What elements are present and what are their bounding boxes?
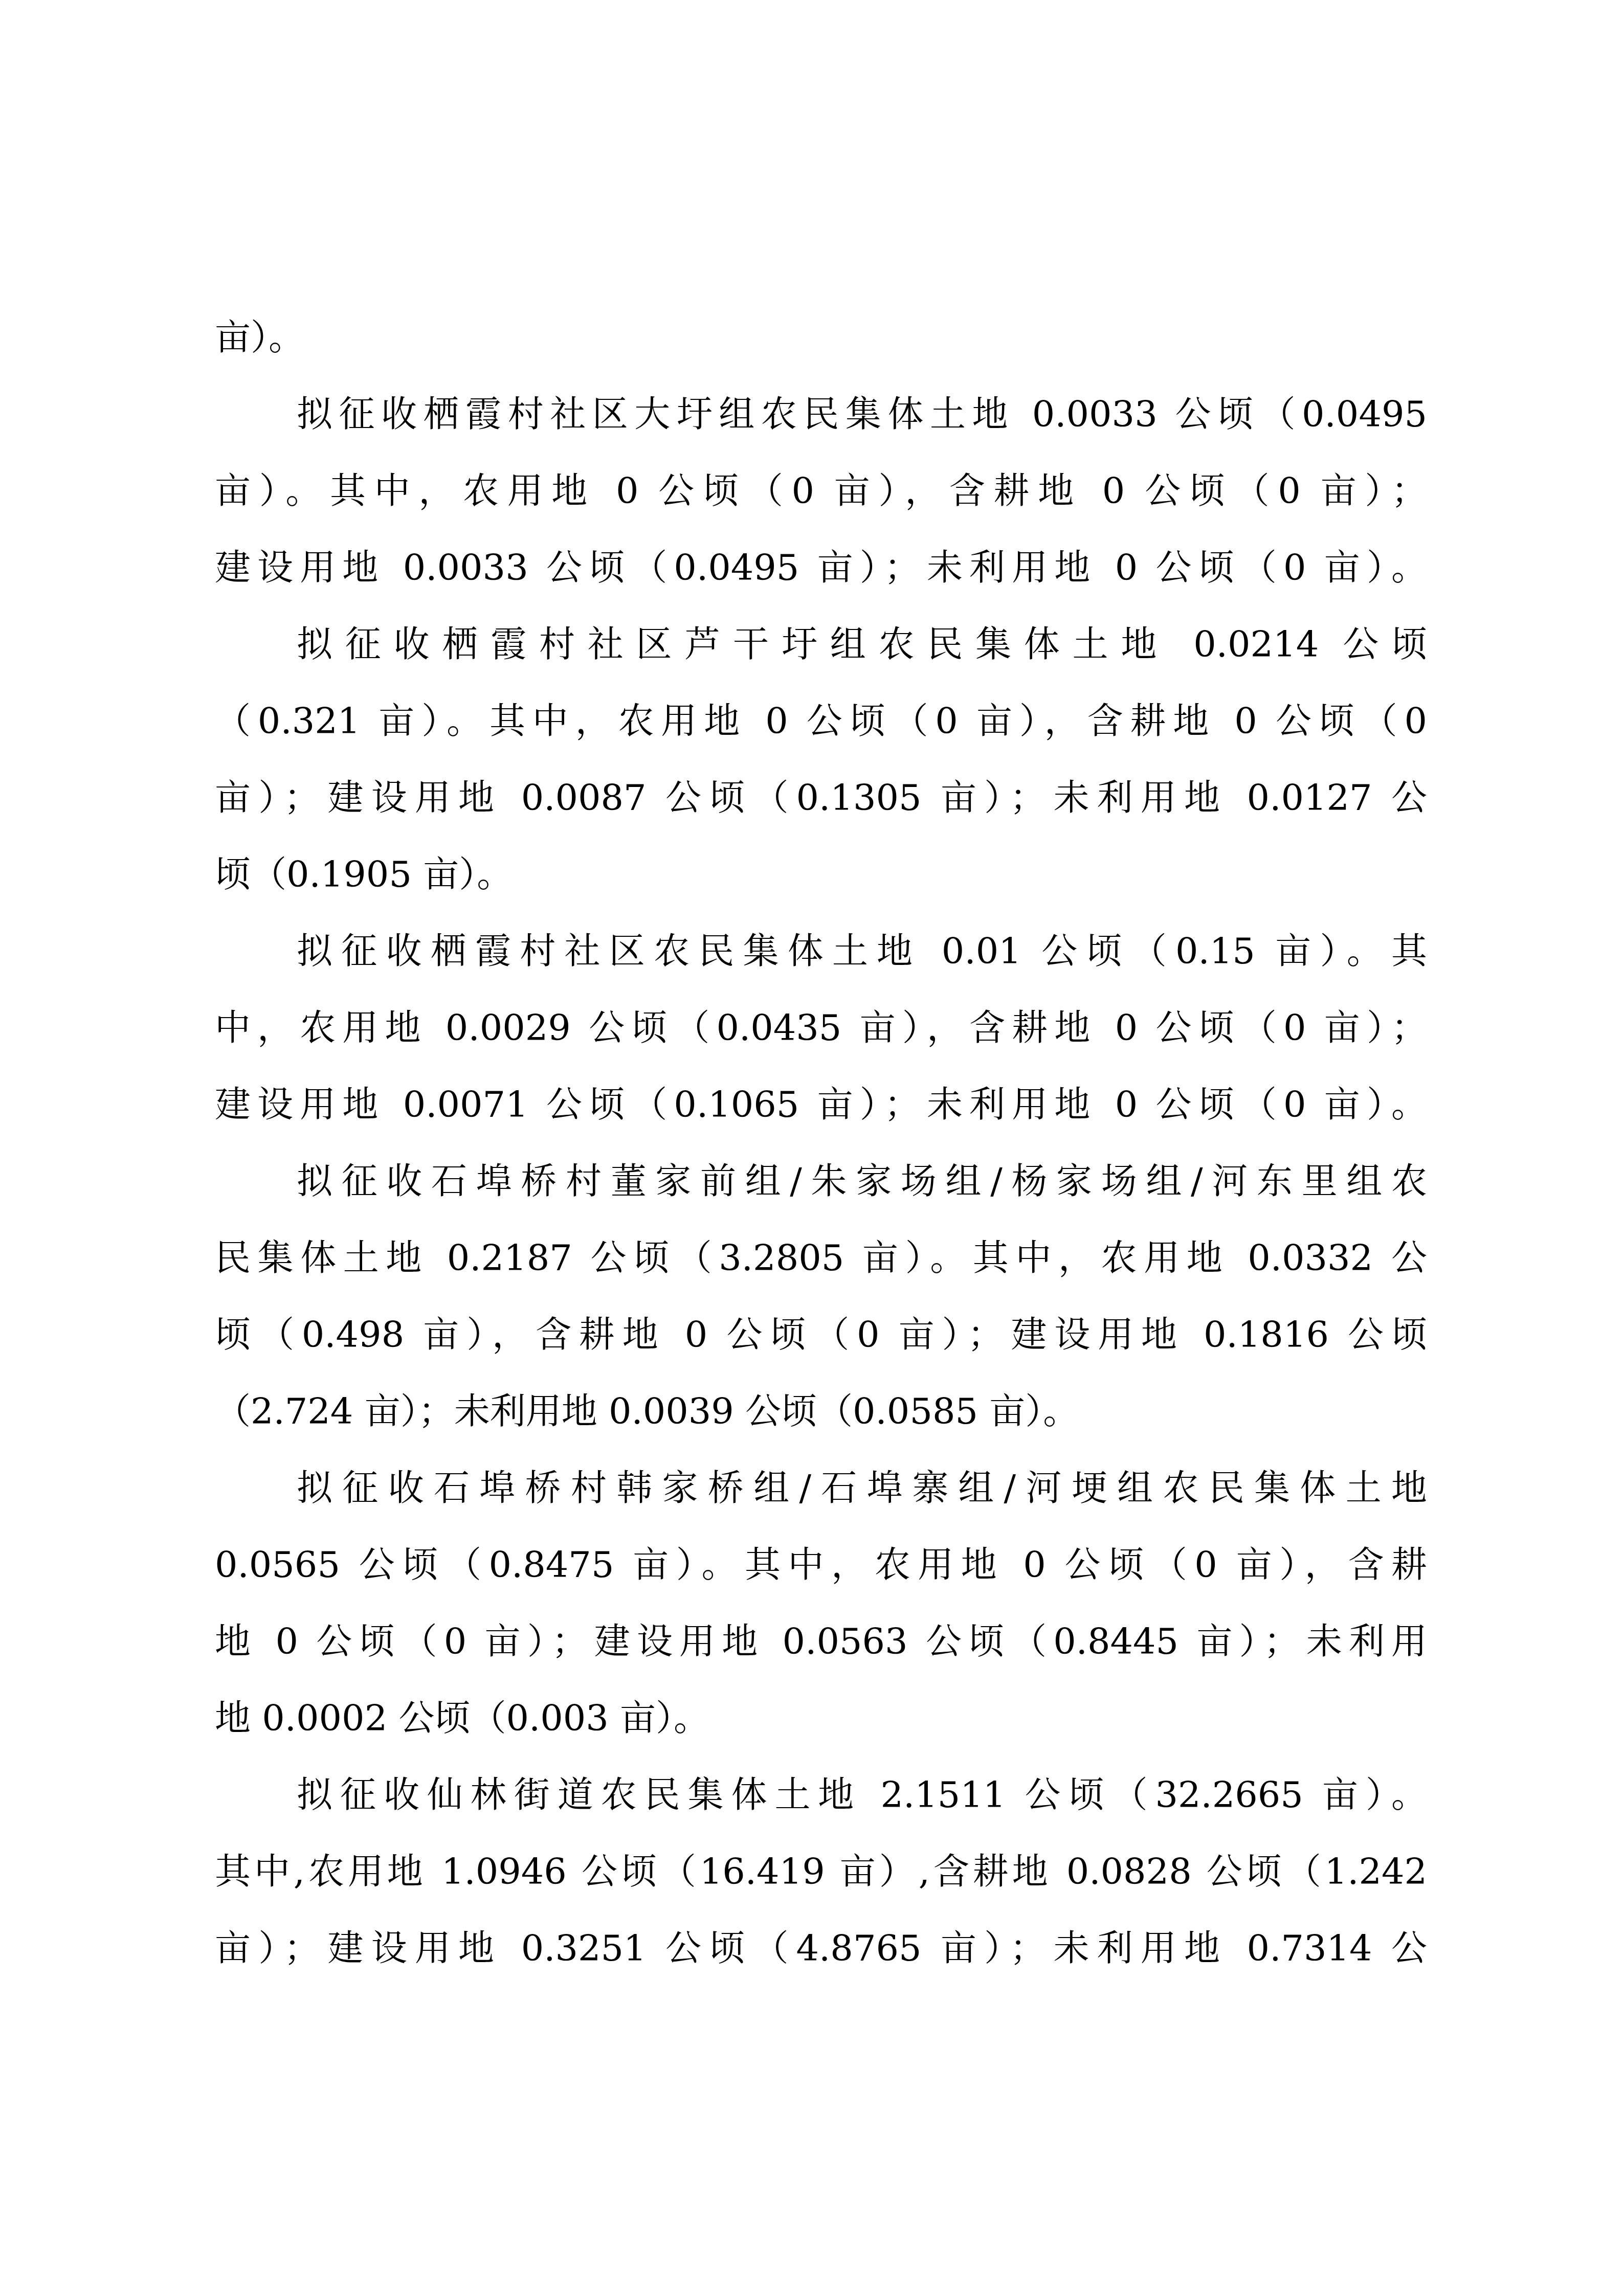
text-line: 顷（0.498 亩），含耕地 0 公顷（0 亩）；建设用地 0.1816 公顷 — [215, 1296, 1427, 1373]
text-line: 建设用地 0.0033 公顷（0.0495 亩）；未利用地 0 公顷（0 亩）。 — [215, 529, 1427, 606]
text-line: 地 0 公顷（0 亩）；建设用地 0.0563 公顷（0.8445 亩）；未利用 — [215, 1603, 1427, 1680]
text-line: 地 0.0002 公顷（0.003 亩）。 — [215, 1680, 1427, 1757]
text-line: 拟征收仙林街道农民集体土地 2.1511 公顷（32.2665 亩）。 — [215, 1757, 1427, 1833]
text-line: 拟征收栖霞村社区芦干圩组农民集体土地 0.0214 公顷 — [215, 606, 1427, 683]
document-page: 亩）。拟征收栖霞村社区大圩组农民集体土地 0.0033 公顷（0.0495亩）。… — [0, 0, 1624, 2296]
text-line: （0.321 亩）。其中，农用地 0 公顷（0 亩），含耕地 0 公顷（0 — [215, 683, 1427, 759]
text-line: （2.724 亩）；未利用地 0.0039 公顷（0.0585 亩）。 — [215, 1373, 1427, 1450]
text-line: 拟征收石埠桥村董家前组/朱家场组/杨家场组/河东里组农 — [215, 1143, 1427, 1220]
text-line: 亩）。其中，农用地 0 公顷（0 亩），含耕地 0 公顷（0 亩）； — [215, 453, 1427, 529]
text-line: 亩）；建设用地 0.3251 公顷（4.8765 亩）；未利用地 0.7314 … — [215, 1910, 1427, 1987]
document-body: 亩）。拟征收栖霞村社区大圩组农民集体土地 0.0033 公顷（0.0495亩）。… — [215, 299, 1427, 1987]
text-line: 0.0565 公顷（0.8475 亩）。其中，农用地 0 公顷（0 亩），含耕 — [215, 1526, 1427, 1603]
text-line: 建设用地 0.0071 公顷（0.1065 亩）；未利用地 0 公顷（0 亩）。 — [215, 1066, 1427, 1143]
text-line: 顷（0.1905 亩）。 — [215, 836, 1427, 913]
text-line: 拟征收栖霞村社区大圩组农民集体土地 0.0033 公顷（0.0495 — [215, 376, 1427, 453]
text-line: 亩）。 — [215, 299, 1427, 376]
text-line: 亩）；建设用地 0.0087 公顷（0.1305 亩）；未利用地 0.0127 … — [215, 759, 1427, 836]
text-line: 民集体土地 0.2187 公顷（3.2805 亩）。其中，农用地 0.0332 … — [215, 1220, 1427, 1296]
text-line: 其中,农用地 1.0946 公顷（16.419 亩）,含耕地 0.0828 公顷… — [215, 1833, 1427, 1910]
text-line: 拟征收石埠桥村韩家桥组/石埠寨组/河埂组农民集体土地 — [215, 1450, 1427, 1526]
text-line: 中，农用地 0.0029 公顷（0.0435 亩），含耕地 0 公顷（0 亩）； — [215, 989, 1427, 1066]
text-line: 拟征收栖霞村社区农民集体土地 0.01 公顷（0.15 亩）。其 — [215, 913, 1427, 989]
